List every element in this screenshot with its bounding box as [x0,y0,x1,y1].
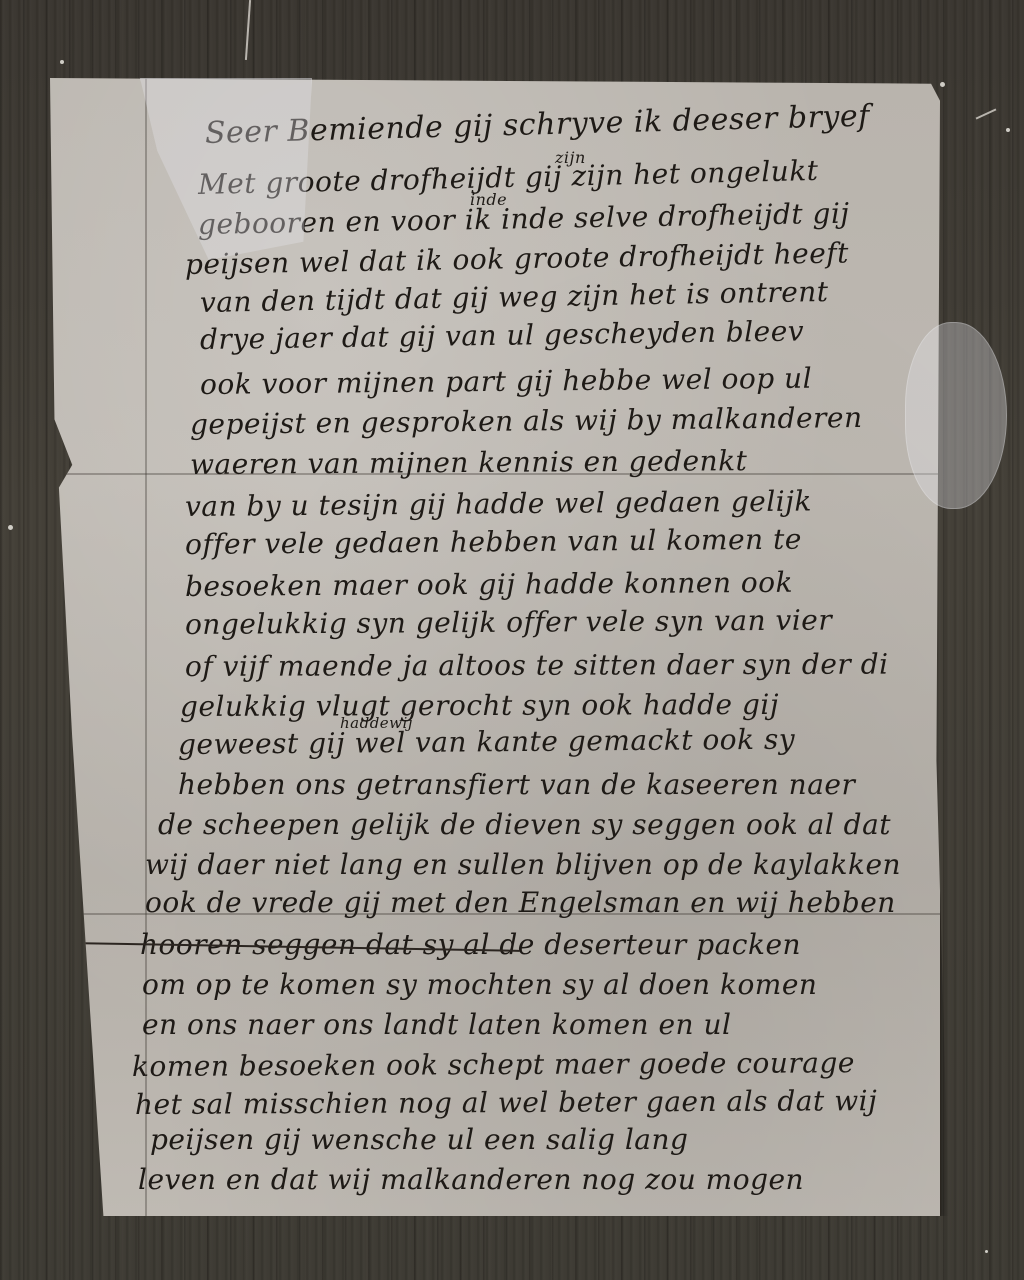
letter-text: Seer Bemiende gij schryve ik deeser brye… [50,78,940,1216]
text-line: van den tijdt dat gij weg zijn het is on… [200,275,829,319]
text-line: om op te komen sy mochten sy al doen kom… [142,968,817,1001]
text-line: de scheepen gelijk de dieven sy seggen o… [158,808,891,841]
interlinear-insertion: zijn [555,148,586,167]
text-line: besoeken maer ook gij hadde konnen ook [185,566,793,603]
text-line: komen besoeken ook schept maer goede cou… [132,1046,855,1083]
dust-speck [940,82,945,87]
text-line: drye jaer dat gij van ul gescheyden blee… [200,315,805,356]
text-line: waeren van mijnen kennis en gedenkt [190,444,748,481]
text-line: gepeijst en gesproken als wij by malkand… [190,401,863,441]
letter-sheet: Seer Bemiende gij schryve ik deeser brye… [50,78,940,1216]
text-line: van by u tesijn gij hadde wel gedaen gel… [185,485,812,523]
text-line: gelukkig vlugt gerocht syn ook hadde gij [180,688,779,723]
dust-speck [985,1250,988,1253]
text-line: of vijf maende ja altoos te sitten daer … [185,648,889,683]
text-line: ook voor mijnen part gij hebbe wel oop u… [200,362,812,401]
text-line: geweest gij wel van kante gemackt ook sy [178,723,795,761]
text-line: ook de vrede gij met den Engelsman en wi… [145,886,896,919]
dust-speck [60,60,64,64]
text-line: wij daer niet lang en sullen blijven op … [145,848,901,881]
dust-speck [8,525,13,530]
interlinear-insertion: haddewij [340,714,413,732]
dust-speck [1006,128,1010,132]
photograph: Seer Bemiende gij schryve ik deeser brye… [0,0,1024,1280]
text-line: ongelukkig syn gelijk offer vele syn van… [185,603,832,641]
text-line: leven en dat wij malkanderen nog zou mog… [138,1163,804,1196]
text-line: hebben ons getransfiert van de kaseeren … [178,768,855,801]
tape-residue [905,322,1007,509]
text-line: en ons naer ons landt laten komen en ul [142,1008,731,1041]
text-line: peijsen gij wensche ul een salig lang [150,1123,688,1156]
text-line: het sal misschien nog al wel beter gaen … [135,1084,877,1121]
text-line: offer vele gedaen hebben van ul komen te [185,523,802,561]
interlinear-insertion: inde [470,190,507,209]
